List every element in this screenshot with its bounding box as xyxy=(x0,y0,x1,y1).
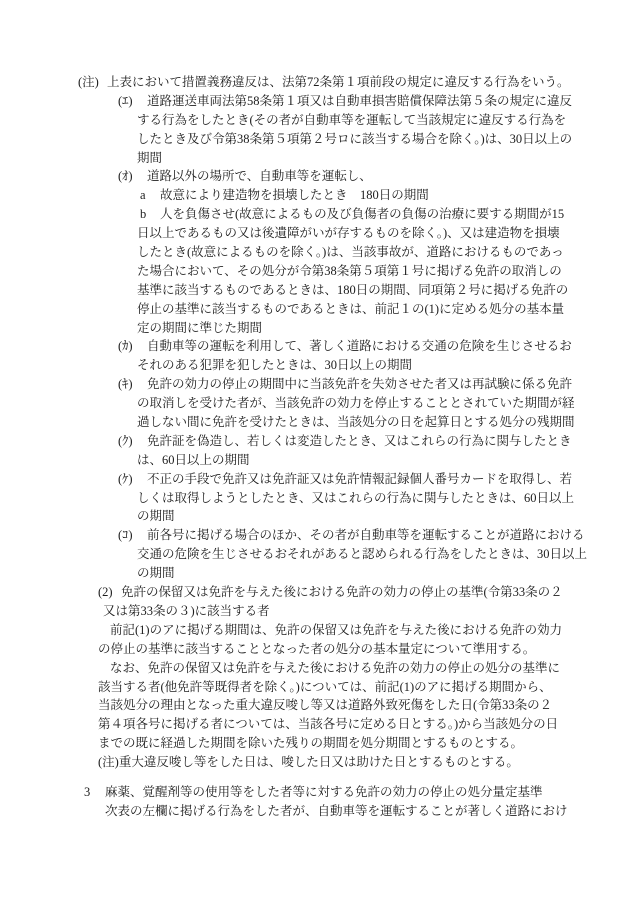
line-text: 免許証を偽造し、若しくは変造したとき、又はこれらの行為に関与したとき xyxy=(147,432,572,451)
document-line: 当該処分の理由となった重大違反唆し等又は道路外致死傷をした日(令第33条の２ xyxy=(0,696,630,715)
line-text: 道路以外の場所で、自動車等を運転し、 xyxy=(147,167,372,186)
document-line: 基準に該当するものであるときは、180日の期間、同項第２号に掲げる免許の xyxy=(0,281,630,300)
line-text: は、60日以上の期間 xyxy=(137,451,250,470)
line-text: 前各号に掲げる場合のほか、その者が自動車等を運転することが道路における xyxy=(147,526,585,545)
document-line: (ｺ)前各号に掲げる場合のほか、その者が自動車等を運転することが道路における xyxy=(0,526,630,545)
document-line: する行為をしたとき(その者が自動車等を運転して当該規定に違反する行為を xyxy=(0,111,630,130)
document-line: 交通の危険を生じさせるおそれがあると認められる行為をしたときは、30日以上 xyxy=(0,545,630,564)
line-text: 日以上であるもの又は後遺障がいが存するものを除く。)、又は建造物を損壊 xyxy=(137,224,560,243)
line-text: までの既に経過した期間を除いた残りの期間を処分期間とするものとする。 xyxy=(98,734,523,753)
document-line: したとき(故意によるものを除く。)は、当該事故が、道路におけるものであっ xyxy=(0,243,630,262)
document-line: 次表の左欄に掲げる行為をした者が、自動車等を運転することが著しく道路におけ xyxy=(0,802,630,821)
document-line: しくは取得しようとしたとき、又はこれらの行為に関与したときは、60日以上 xyxy=(0,489,630,508)
document-line: の期間 xyxy=(0,564,630,583)
line-text: 故意により建造物を損壊したとき 180日の期間 xyxy=(160,186,429,205)
document-line: 停止の基準に該当するものであるときは、前記１の(1)に定める処分の基本量 xyxy=(0,300,630,319)
list-marker: (ｵ) xyxy=(118,167,133,186)
list-marker: (ｴ) xyxy=(118,92,133,111)
document-line: (ｸ)免許証を偽造し、若しくは変造したとき、又はこれらの行為に関与したとき xyxy=(0,432,630,451)
document-line: 期間 xyxy=(0,149,630,168)
list-marker: b xyxy=(140,205,146,224)
list-marker: 3 xyxy=(84,783,90,802)
document-line: の停止の基準に該当することとなった者の処分の基本量定について準用する。 xyxy=(0,640,630,659)
document-page: (注)上表において措置義務違反は、法第72条第１項前段の規定に違反する行為をいう… xyxy=(0,73,630,821)
document-line: 日以上であるもの又は後遺障がいが存するものを除く。)、又は建造物を損壊 xyxy=(0,224,630,243)
line-text: 該当する者(他免許等既得者を除く。)については、前記(1)のアに掲げる期間から、 xyxy=(98,678,552,697)
line-text: 免許の保留又は免許を与えた後における免許の効力の停止の基準(令第33条の２ xyxy=(121,583,563,602)
line-text: 当該処分の理由となった重大違反唆し等又は道路外致死傷をした日(令第33条の２ xyxy=(98,696,552,715)
line-text: 人を負傷させ(故意によるもの及び負傷者の負傷の治療に要する期間が15 xyxy=(160,205,564,224)
list-marker: (注) xyxy=(78,73,99,92)
line-text: それのある犯罪を犯したときは、30日以上の期間 xyxy=(137,356,412,375)
document-line: は、60日以上の期間 xyxy=(0,451,630,470)
document-line: b人を負傷させ(故意によるもの及び負傷者の負傷の治療に要する期間が15 xyxy=(0,205,630,224)
document-line: 過しない間に免許を受けたときは、当該処分の日を起算日とする処分の残期間 xyxy=(0,413,630,432)
document-line: なお、免許の保留又は免許を与えた後における免許の効力の停止の処分の基準に xyxy=(0,659,630,678)
list-marker: (2) xyxy=(98,583,113,602)
list-marker: (ｺ) xyxy=(118,526,133,545)
line-text: 交通の危険を生じさせるおそれがあると認められる行為をしたときは、30日以上 xyxy=(137,545,587,564)
list-marker: (ｶ) xyxy=(118,337,133,356)
line-text: 停止の基準に該当するものであるときは、前記１の(1)に定める処分の基本量 xyxy=(137,300,564,319)
list-marker: a xyxy=(140,186,146,205)
document-line: 3麻薬、覚醒剤等の使用等をした者等に対する免許の効力の停止の処分量定基準 xyxy=(0,783,630,802)
document-line: (ｴ)道路運送車両法第58条第１項又は自動車損害賠償保障法第５条の規定に違反 xyxy=(0,92,630,111)
document-line: (ｹ)不正の手段で免許又は免許証又は免許情報記録個人番号カードを取得し、若 xyxy=(0,470,630,489)
document-line: a故意により建造物を損壊したとき 180日の期間 xyxy=(0,186,630,205)
line-text: (注)重大違反唆し等をした日は、唆した日又は助けた日とするものとする。 xyxy=(98,753,519,772)
document-line: (ｷ)免許の効力の停止の期間中に当該免許を失効させた者又は再試験に係る免許 xyxy=(0,375,630,394)
document-line: た場合において、その処分が令第38条第５項第１号に掲げる免許の取消しの xyxy=(0,262,630,281)
list-marker: (ｸ) xyxy=(118,432,133,451)
line-text: の取消しを受けた者が、当該免許の効力を停止することとされていた期間が経 xyxy=(137,394,575,413)
list-marker: (ｷ) xyxy=(118,375,133,394)
paragraph-gap xyxy=(0,772,630,783)
line-text: する行為をしたとき(その者が自動車等を運転して当該規定に違反する行為を xyxy=(137,111,566,130)
list-marker: (ｹ) xyxy=(118,470,133,489)
document-line: までの既に経過した期間を除いた残りの期間を処分期間とするものとする。 xyxy=(0,734,630,753)
line-text: 期間 xyxy=(137,149,162,168)
line-text: 麻薬、覚醒剤等の使用等をした者等に対する免許の効力の停止の処分量定基準 xyxy=(105,783,543,802)
line-text: 第４項各号に掲げる者については、当該各号に定める日とする。)から当該処分の日 xyxy=(98,715,558,734)
line-text: 前記(1)のアに掲げる期間は、免許の保留又は免許を与えた後における免許の効力 xyxy=(110,621,562,640)
line-text: なお、免許の保留又は免許を与えた後における免許の効力の停止の処分の基準に xyxy=(110,659,560,678)
line-text: 次表の左欄に掲げる行為をした者が、自動車等を運転することが著しく道路におけ xyxy=(105,802,568,821)
document-line: (ｶ)自動車等の運転を利用して、著しく道路における交通の危険を生じさせるお xyxy=(0,337,630,356)
line-text: 上表において措置義務違反は、法第72条第１項前段の規定に違反する行為をいう。 xyxy=(107,73,570,92)
document-line: したとき及び令第38条第５項第２号ロに該当する場合を除く。)は、30日以上の xyxy=(0,130,630,149)
line-text: の期間 xyxy=(137,507,175,526)
document-line: 又は第33条の３)に該当する者 xyxy=(0,602,630,621)
line-text: 又は第33条の３)に該当する者 xyxy=(103,602,270,621)
line-text: 基準に該当するものであるときは、180日の期間、同項第２号に掲げる免許の xyxy=(137,281,568,300)
document-line: (ｵ)道路以外の場所で、自動車等を運転し、 xyxy=(0,167,630,186)
line-text: の停止の基準に該当することとなった者の処分の基本量定について準用する。 xyxy=(98,640,535,659)
document-line: の取消しを受けた者が、当該免許の効力を停止することとされていた期間が経 xyxy=(0,394,630,413)
line-text: た場合において、その処分が令第38条第５項第１号に掲げる免許の取消しの xyxy=(137,262,562,281)
document-line: の期間 xyxy=(0,507,630,526)
line-text: したとき(故意によるものを除く。)は、当該事故が、道路におけるものであっ xyxy=(137,243,564,262)
line-text: 免許の効力の停止の期間中に当該免許を失効させた者又は再試験に係る免許 xyxy=(147,375,572,394)
line-text: の期間 xyxy=(137,564,175,583)
line-text: 道路運送車両法第58条第１項又は自動車損害賠償保障法第５条の規定に違反 xyxy=(147,92,572,111)
line-text: 不正の手段で免許又は免許証又は免許情報記録個人番号カードを取得し、若 xyxy=(147,470,572,489)
document-line: (2)免許の保留又は免許を与えた後における免許の効力の停止の基準(令第33条の２ xyxy=(0,583,630,602)
line-text: したとき及び令第38条第５項第２号ロに該当する場合を除く。)は、30日以上の xyxy=(137,130,572,149)
line-text: 過しない間に免許を受けたときは、当該処分の日を起算日とする処分の残期間 xyxy=(137,413,575,432)
document-line: 第４項各号に掲げる者については、当該各号に定める日とする。)から当該処分の日 xyxy=(0,715,630,734)
line-text: しくは取得しようとしたとき、又はこれらの行為に関与したときは、60日以上 xyxy=(137,489,574,508)
document-line: 前記(1)のアに掲げる期間は、免許の保留又は免許を与えた後における免許の効力 xyxy=(0,621,630,640)
document-line: (注)上表において措置義務違反は、法第72条第１項前段の規定に違反する行為をいう… xyxy=(0,73,630,92)
document-line: (注)重大違反唆し等をした日は、唆した日又は助けた日とするものとする。 xyxy=(0,753,630,772)
document-line: 定の期間に準じた期間 xyxy=(0,319,630,338)
line-text: 自動車等の運転を利用して、著しく道路における交通の危険を生じさせるお xyxy=(147,337,572,356)
line-text: 定の期間に準じた期間 xyxy=(137,319,262,338)
document-line: それのある犯罪を犯したときは、30日以上の期間 xyxy=(0,356,630,375)
document-line: 該当する者(他免許等既得者を除く。)については、前記(1)のアに掲げる期間から、 xyxy=(0,678,630,697)
